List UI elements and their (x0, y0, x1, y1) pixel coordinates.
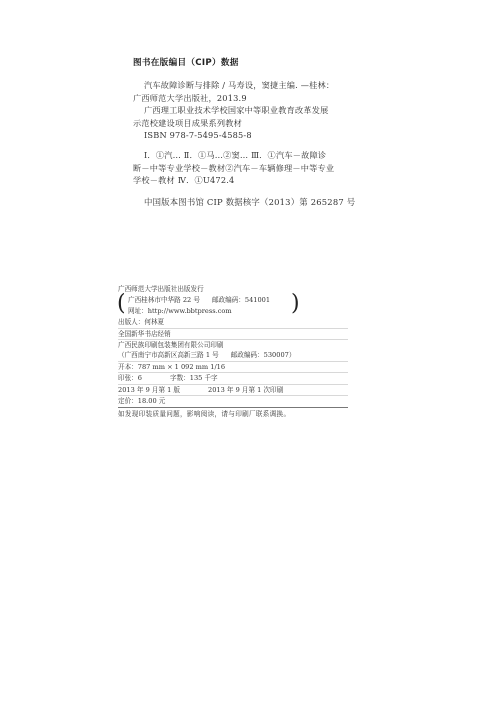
printer-address-row: （广西南宁市高新区高新三路 1 号邮政编码：530007） (118, 350, 348, 360)
word-count: 字数：135 千字 (170, 374, 218, 382)
cip-subject-line-2: 断－中等专业学校－教材②汽车－车辆修理－中等专业 (133, 162, 363, 175)
price: 定价：18.00 元 (118, 396, 348, 406)
publication-info-block: 广西师范大学出版社出版发行 ( 广西桂林市中华路 22 号邮政编码：541001… (118, 284, 348, 420)
publisher-postcode: 邮政编码：541001 (212, 296, 270, 304)
publisher-line: 广西师范大学出版社出版发行 (118, 284, 348, 294)
cip-data-block: 图书在版编目（CIP）数据 汽车故障诊断与排除 / 马寿设，窦捷主编. —桂林：… (133, 57, 363, 208)
book-format: 开本：787 mm × 1 092 mm 1/16 (118, 362, 348, 372)
printed-sheets: 印张：6 (118, 374, 142, 382)
copyright-page: 图书在版编目（CIP）数据 汽车故障诊断与排除 / 马寿设，窦捷主编. —桂林：… (0, 0, 500, 707)
printer: 广西民族印刷包装集团有限公司印刷 (118, 340, 348, 350)
distributor: 全国新华书店经销 (118, 329, 348, 339)
cip-isbn: ISBN 978-7-5495-4585-8 (133, 129, 363, 142)
publisher-address-row: 广西桂林市中华路 22 号邮政编码：541001 (128, 295, 348, 305)
printing: 2013 年 9 月第 1 次印刷 (208, 386, 283, 394)
cip-entry-line-2: 广西师范大学出版社，2013.9 (133, 92, 363, 105)
cip-series-line-1: 广西理工职业技术学校国家中等职业教育改革发展 (133, 104, 363, 117)
right-paren-glyph: ) (291, 292, 300, 316)
publisher-address-bracket: ( 广西桂林市中华路 22 号邮政编码：541001 网址：http://www… (118, 295, 348, 316)
printer-address: （广西南宁市高新区高新三路 1 号 (118, 351, 219, 359)
quality-notice: 如发现印装质量问题，影响阅读，请与印刷厂联系调换。 (118, 409, 348, 419)
cip-subject-line-1: Ⅰ．①汽… Ⅱ．①马…②窦… Ⅲ．①汽车－故障诊 (133, 149, 363, 162)
printer-postcode: 邮政编码：530007） (231, 351, 296, 359)
cip-record-number: 中国版本图书馆 CIP 数据核字（2013）第 265287 号 (133, 196, 363, 208)
publisher-address: 广西桂林市中华路 22 号 (128, 296, 200, 304)
publisher-website: 网址：http://www.bbtpress.com (128, 306, 348, 316)
left-paren-glyph: ( (117, 292, 126, 316)
edition: 2013 年 9 月第 1 版 (118, 386, 180, 394)
publisher-person: 出版人：何林夏 (118, 317, 348, 327)
cip-subject-line-3: 学校－教材 Ⅳ．①U472.4 (133, 174, 363, 187)
edition-row: 2013 年 9 月第 1 版2013 年 9 月第 1 次印刷 (118, 385, 348, 395)
notice-rule (118, 407, 348, 408)
cip-entry-line-1: 汽车故障诊断与排除 / 马寿设，窦捷主编. —桂林： (133, 79, 363, 92)
sheets-and-words-row: 印张：6字数：135 千字 (118, 373, 348, 383)
cip-title: 图书在版编目（CIP）数据 (133, 57, 363, 69)
cip-series-line-2: 示范校建设项目成果系列教材 (133, 117, 363, 130)
